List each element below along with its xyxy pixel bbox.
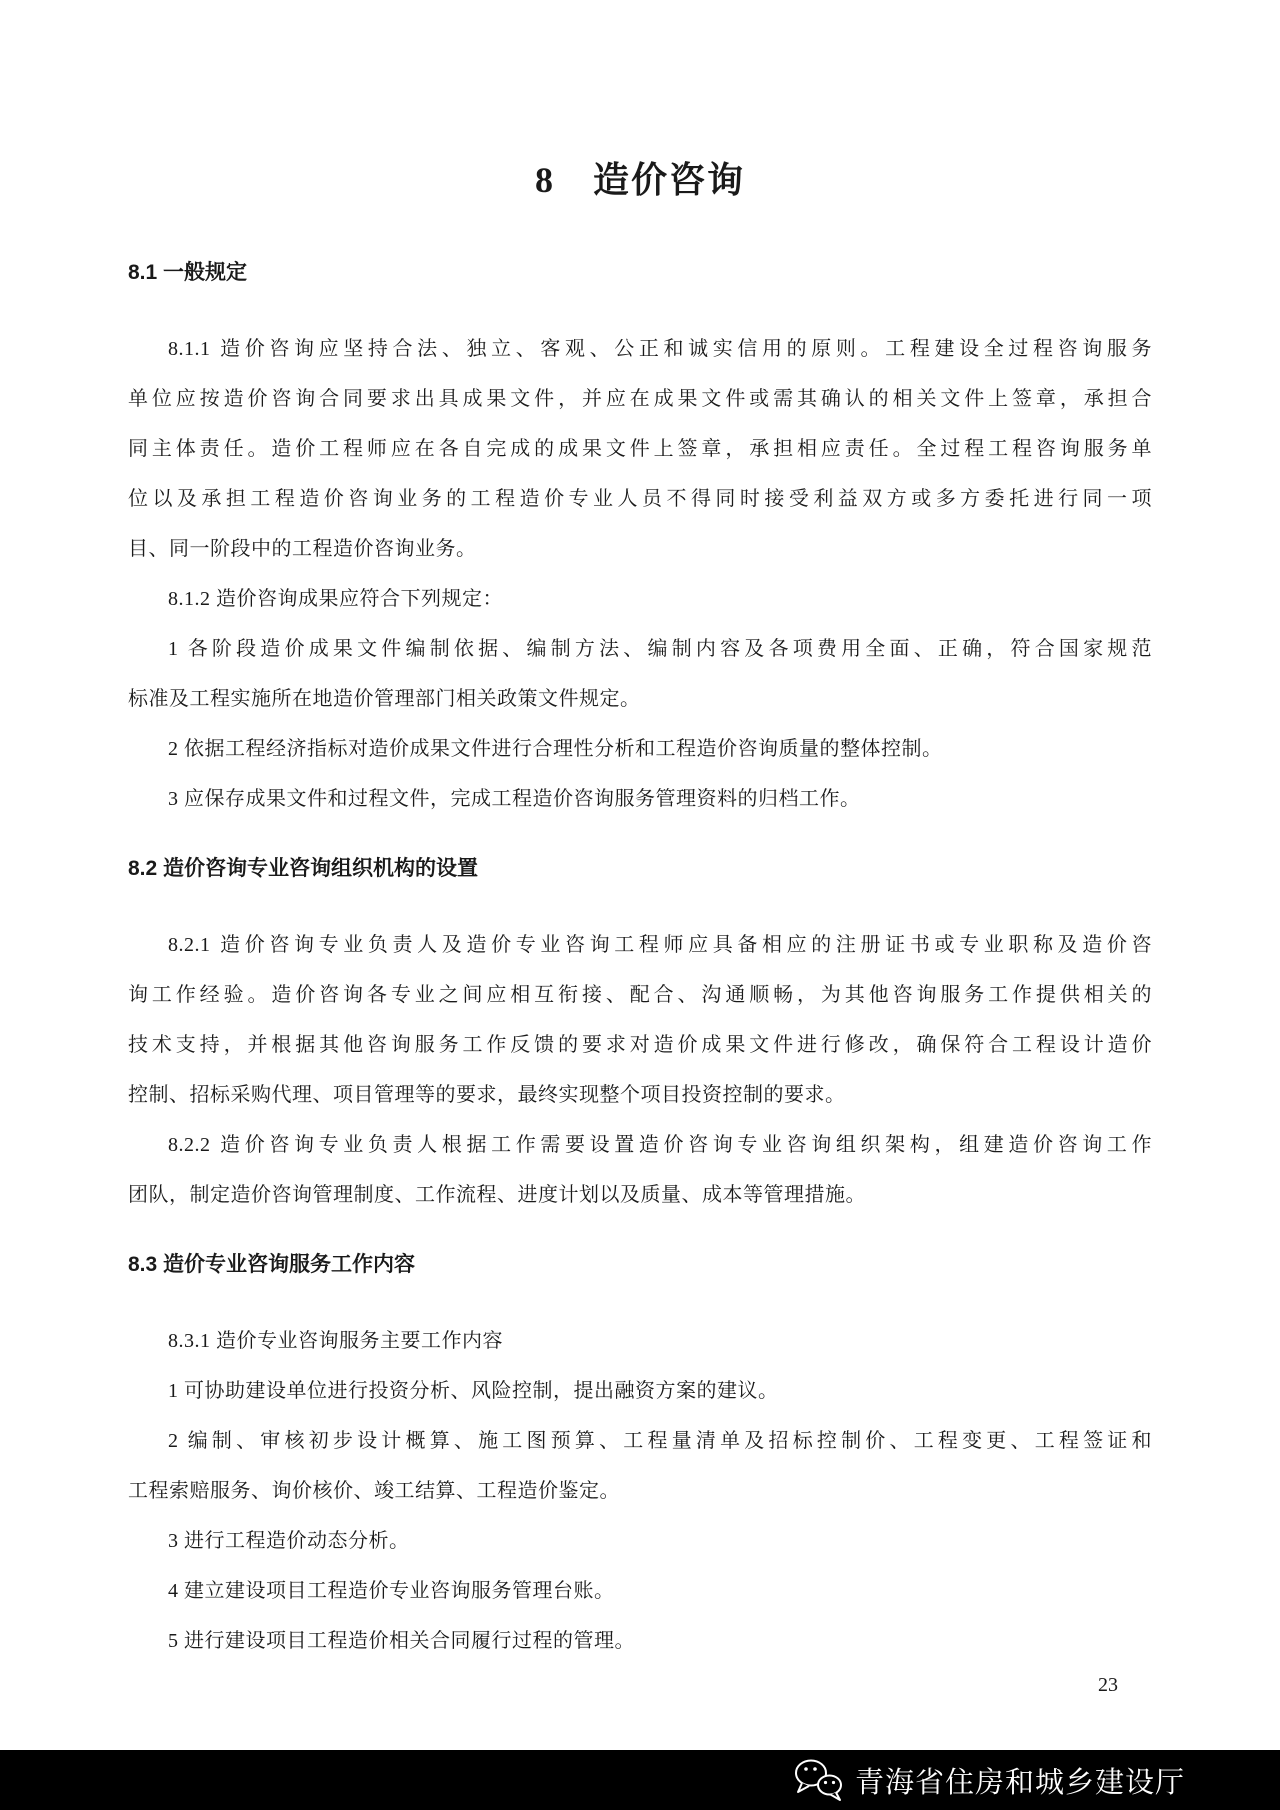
paragraph: 8.3.1 造价专业咨询服务主要工作内容 [128,1316,1152,1366]
paragraph: 8.1.2 造价咨询成果应符合下列规定： [128,574,1152,624]
section-heading: 8.2 造价咨询专业咨询组织机构的设置 [128,854,1152,884]
text-line: 位以及承担工程造价咨询业务的工程造价专业人员不得同时接受利益双方或多方委托进行同… [128,474,1152,524]
text-line: 技术支持，并根据其他咨询服务工作反馈的要求对造价成果文件进行修改，确保符合工程设… [128,1020,1152,1070]
section: 8.2 造价咨询专业咨询组织机构的设置8.2.1 造价咨询专业负责人及造价专业咨… [0,854,1280,1220]
text-line: 询工作经验。造价咨询各专业之间应相互衔接、配合、沟通顺畅，为其他咨询服务工作提供… [128,970,1152,1020]
page-number: 23 [1098,1674,1118,1697]
section: 8.3 造价专业咨询服务工作内容8.3.1 造价专业咨询服务主要工作内容1 可协… [0,1250,1280,1666]
text-line: 8.2.1 造价咨询专业负责人及造价专业咨询工程师应具备相应的注册证书或专业职称… [128,920,1152,970]
section-heading: 8.1 一般规定 [128,258,1152,288]
paragraph: 8.1.1 造价咨询应坚持合法、独立、客观、公正和诚实信用的原则。工程建设全过程… [128,324,1152,574]
text-line: 目、同一阶段中的工程造价咨询业务。 [128,524,1152,574]
paragraph: 3 进行工程造价动态分析。 [128,1516,1152,1566]
text-line: 8.2.2 造价咨询专业负责人根据工作需要设置造价咨询专业咨询组织架构，组建造价… [128,1120,1152,1170]
paragraph: 5 进行建设项目工程造价相关合同履行过程的管理。 [128,1616,1152,1666]
paragraph: 3 应保存成果文件和过程文件，完成工程造价咨询服务管理资料的归档工作。 [128,774,1152,824]
section-heading: 8.3 造价专业咨询服务工作内容 [128,1250,1152,1280]
text-line: 标准及工程实施所在地造价管理部门相关政策文件规定。 [128,674,1152,724]
text-line: 1 各阶段造价成果文件编制依据、编制方法、编制内容及各项费用全面、正确，符合国家… [128,624,1152,674]
text-line: 单位应按造价咨询合同要求出具成果文件，并应在成果文件或需其确认的相关文件上签章，… [128,374,1152,424]
text-line: 团队，制定造价咨询管理制度、工作流程、进度计划以及质量、成本等管理措施。 [128,1170,1152,1220]
text-line: 控制、招标采购代理、项目管理等的要求，最终实现整个项目投资控制的要求。 [128,1070,1152,1120]
footer-account-name: 青海省住房和城乡建设厅 [855,1760,1185,1801]
footer-watermark-bar: 青海省住房和城乡建设厅 [0,1750,1280,1810]
text-line: 同主体责任。造价工程师应在各自完成的成果文件上签章，承担相应责任。全过程工程咨询… [128,424,1152,474]
paragraph: 8.2.2 造价咨询专业负责人根据工作需要设置造价咨询专业咨询组织架构，组建造价… [128,1120,1152,1220]
text-line: 2 依据工程经济指标对造价成果文件进行合理性分析和工程造价咨询质量的整体控制。 [128,724,1152,774]
page-title: 8 造价咨询 [0,158,1280,202]
text-line: 工程索赔服务、询价核价、竣工结算、工程造价鉴定。 [128,1466,1152,1516]
text-line: 2 编制、审核初步设计概算、施工图预算、工程量清单及招标控制价、工程变更、工程签… [128,1416,1152,1466]
text-line: 4 建立建设项目工程造价专业咨询服务管理台账。 [128,1566,1152,1616]
paragraph: 2 编制、审核初步设计概算、施工图预算、工程量清单及招标控制价、工程变更、工程签… [128,1416,1152,1516]
paragraph: 8.2.1 造价咨询专业负责人及造价专业咨询工程师应具备相应的注册证书或专业职称… [128,920,1152,1120]
text-line: 5 进行建设项目工程造价相关合同履行过程的管理。 [128,1616,1152,1666]
text-line: 8.3.1 造价专业咨询服务主要工作内容 [128,1316,1152,1366]
text-line: 8.1.1 造价咨询应坚持合法、独立、客观、公正和诚实信用的原则。工程建设全过程… [128,324,1152,374]
paragraph: 1 可协助建设单位进行投资分析、风险控制，提出融资方案的建议。 [128,1366,1152,1416]
text-line: 3 进行工程造价动态分析。 [128,1516,1152,1566]
paragraph: 1 各阶段造价成果文件编制依据、编制方法、编制内容及各项费用全面、正确，符合国家… [128,624,1152,724]
paragraph: 4 建立建设项目工程造价专业咨询服务管理台账。 [128,1566,1152,1616]
text-line: 8.1.2 造价咨询成果应符合下列规定： [128,574,1152,624]
document-body: 8.1 一般规定8.1.1 造价咨询应坚持合法、独立、客观、公正和诚实信用的原则… [0,258,1280,1666]
section: 8.1 一般规定8.1.1 造价咨询应坚持合法、独立、客观、公正和诚实信用的原则… [0,258,1280,824]
document-page: 8 造价咨询 8.1 一般规定8.1.1 造价咨询应坚持合法、独立、客观、公正和… [0,0,1280,1810]
paragraph: 2 依据工程经济指标对造价成果文件进行合理性分析和工程造价咨询质量的整体控制。 [128,724,1152,774]
footer-content: 青海省住房和城乡建设厅 [791,1750,1185,1810]
wechat-icon [791,1757,847,1803]
text-line: 3 应保存成果文件和过程文件，完成工程造价咨询服务管理资料的归档工作。 [128,774,1152,824]
text-line: 1 可协助建设单位进行投资分析、风险控制，提出融资方案的建议。 [128,1366,1152,1416]
